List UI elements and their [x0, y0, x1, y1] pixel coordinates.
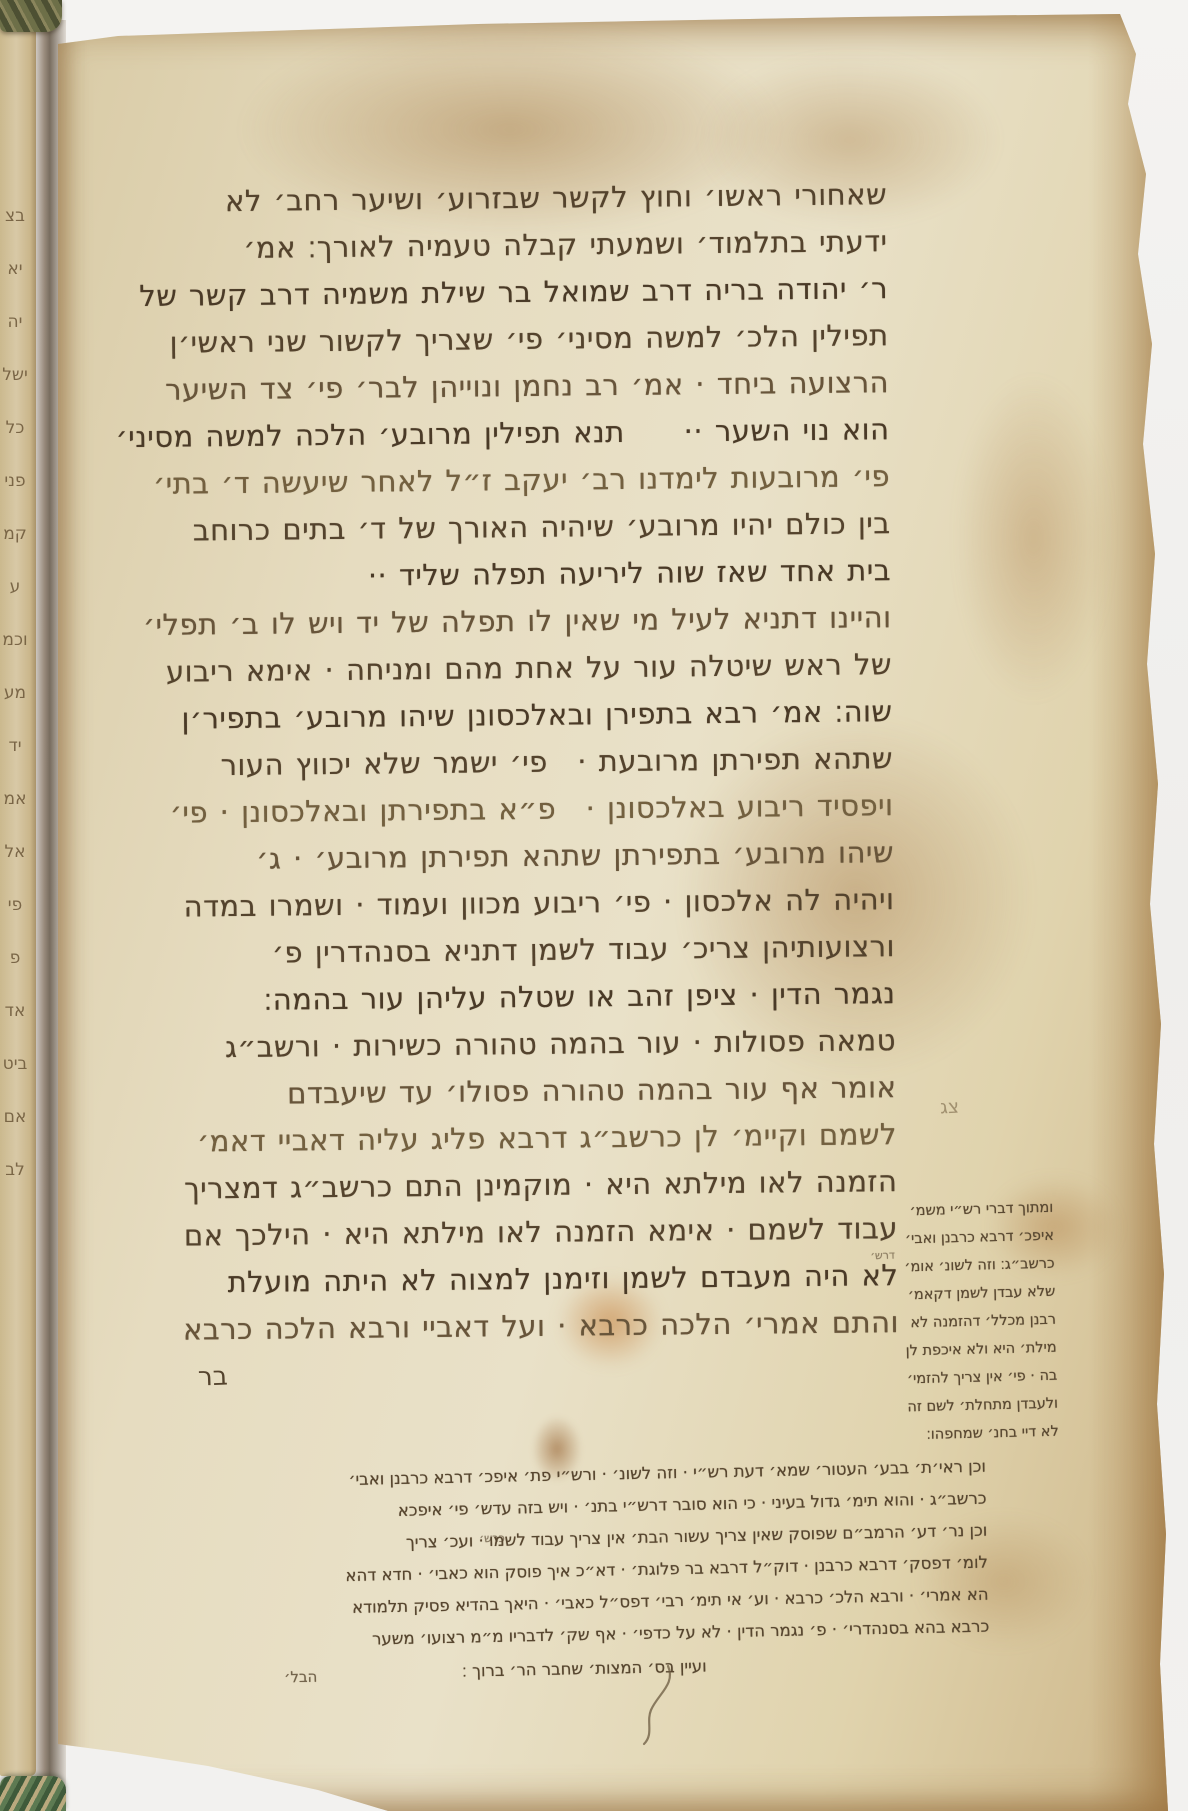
- text-line: וכמ: [0, 614, 30, 667]
- text-line: ר׳ יהודה בריה דרב שמואל בר שילת משמיה דר…: [143, 265, 888, 320]
- text-line: לא דיי בחנ׳ שמחפהו׃: [870, 1418, 1059, 1451]
- text-line: ורצועותיהן צריכ׳ עבוד לשמן דתניא בסנהדרי…: [150, 923, 895, 978]
- text-line: הרצועה ביחד · אמ׳ רב נחמן ונוייהן לבר׳ פ…: [144, 359, 889, 414]
- text-line: כל: [0, 402, 30, 455]
- text-line: ע: [0, 561, 30, 614]
- scan-background: בציאיהישלכלפניקמעוכממעידאמאלפיפאדביטאםלב…: [0, 0, 1188, 1811]
- scribal-flourish: [636, 1664, 678, 1746]
- page-fore-edge-shading: [1088, 14, 1168, 1811]
- text-line: פ: [0, 932, 30, 985]
- marginal-gloss-lines: ומתוך דברי רש״י משמ׳איפכ׳ דרבא כרבנן ואב…: [865, 1194, 1059, 1451]
- text-line: אומר אף עור בהמה טהורה פסולו׳ עד שיעבדם: [151, 1064, 896, 1119]
- text-line: עבוד לשמם · אימא הזמנה לאו מילתא היא · ה…: [153, 1205, 898, 1260]
- text-line: לשמם וקיימ׳ לן כרשב״ג דרבא פליג עליה דאב…: [152, 1111, 897, 1166]
- text-line: ביט: [0, 1038, 30, 1091]
- text-line: תפילין הלכ׳ למשה מסיני׳ פי׳ שצריך לקשור …: [143, 312, 888, 367]
- main-text-block: שאחורי ראשו׳ וחוץ לקשר שבזרוע׳ ושיער רחב…: [142, 171, 899, 1354]
- text-line: מע: [0, 667, 30, 720]
- text-line: אם: [0, 1091, 30, 1144]
- text-line: ויפסיד ריבוע באלכסונן · פ״א בתפירתן ובאל…: [148, 782, 893, 837]
- text-line: שוה׃ אמ׳ רבא בתפירן ובאלכסונן שיהו מרובע…: [147, 688, 892, 743]
- text-line: טמאה פסולות · עור בהמה טהורה כשירות · ור…: [151, 1017, 896, 1072]
- line-fragment: הבל׳: [284, 1661, 318, 1694]
- text-line: בצ: [0, 190, 30, 243]
- bottom-gloss-lines: וכן ראי׳ת׳ בבע׳ העטור׳ שמא׳ דעת רש״י · ו…: [280, 1451, 990, 1658]
- text-line: יד: [0, 720, 30, 773]
- text-line: שיהו מרובע׳ בתפירתן שתהא תפירתן מרובע׳ ·…: [149, 829, 894, 884]
- text-line: קמ: [0, 508, 30, 561]
- text-line: לב: [0, 1144, 30, 1197]
- text-line: בין כולם יהיו מרובע׳ שיהיה האורך של ד׳ ב…: [145, 500, 890, 555]
- text-line: לא היה מעבדם לשמן וזימנן למצוה לא היתה מ…: [153, 1252, 898, 1307]
- text-line: אד: [0, 985, 30, 1038]
- text-line: בית אחד שאז שוה ליריעה תפלה שליד ··: [146, 547, 891, 602]
- text-line: פי׳ מרובעות לימדנו רב׳ יעקב ז״ל לאחר שיע…: [145, 453, 890, 508]
- text-line: והיינו דתניא לעיל מי שאין לו תפלה של יד …: [146, 594, 891, 649]
- text-line: של ראש שיטלה עור על אחת מהם ומניחה · אימ…: [147, 641, 892, 696]
- facing-page-text-fragments: בציאיהישלכלפניקמעוכממעידאמאלפיפאדביטאםלב: [0, 190, 30, 1197]
- text-line: אל: [0, 826, 30, 879]
- text-line: יא: [0, 243, 30, 296]
- text-line: שתהא תפירתן מרובעת · פי׳ ישמר שלא יכווץ …: [148, 735, 893, 790]
- text-line: אמ: [0, 773, 30, 826]
- text-line: יה: [0, 296, 30, 349]
- text-line: הוא נוי השער ·· תנא תפילין מרובע׳ הלכה ל…: [144, 406, 889, 461]
- text-line: פי: [0, 879, 30, 932]
- bottom-gloss: כרש׳ וכן ראי׳ת׳ בבע׳ העטור׳ שמא׳ דעת רש״…: [280, 1451, 991, 1692]
- marginal-gloss: דרש׳ ומתוך דברי רש״י משמ׳איפכ׳ דרבא כרבנ…: [865, 1194, 1059, 1451]
- text-line: שאחורי ראשו׳ וחוץ לקשר שבזרוע׳ ושיער רחב…: [142, 171, 887, 226]
- interlinear-note: דרש׳: [870, 1242, 895, 1271]
- text-line: נגמר הדין · ציפן זהב או שטלה עליהן עור ב…: [150, 970, 895, 1025]
- text-line: והתם אמרי׳ הלכה כרבא · ועל דאביי ורבא הל…: [154, 1299, 899, 1354]
- margin-mark: צג: [939, 1096, 959, 1119]
- text-line: ויהיה לה אלכסון · פי׳ ריבוע מכוון ועמוד …: [149, 876, 894, 931]
- binding-endband-top: [0, 0, 62, 32]
- manuscript-page: שאחורי ראשו׳ וחוץ לקשר שבזרוע׳ ושיער רחב…: [58, 14, 1168, 1811]
- stain: [956, 376, 1111, 701]
- binding-endband-bottom: [0, 1776, 66, 1811]
- catchword: בר: [197, 1361, 228, 1392]
- interlinear-note: כרש׳: [479, 1522, 505, 1555]
- text-line: ישל: [0, 349, 30, 402]
- text-line: פני: [0, 455, 30, 508]
- text-line: הזמנה לאו מילתא היא · מוקמינן התם כרשב״ג…: [152, 1158, 897, 1213]
- text-line: ידעתי בתלמוד׳ ושמעתי קבלה טעמיה לאורך׃ א…: [142, 218, 887, 273]
